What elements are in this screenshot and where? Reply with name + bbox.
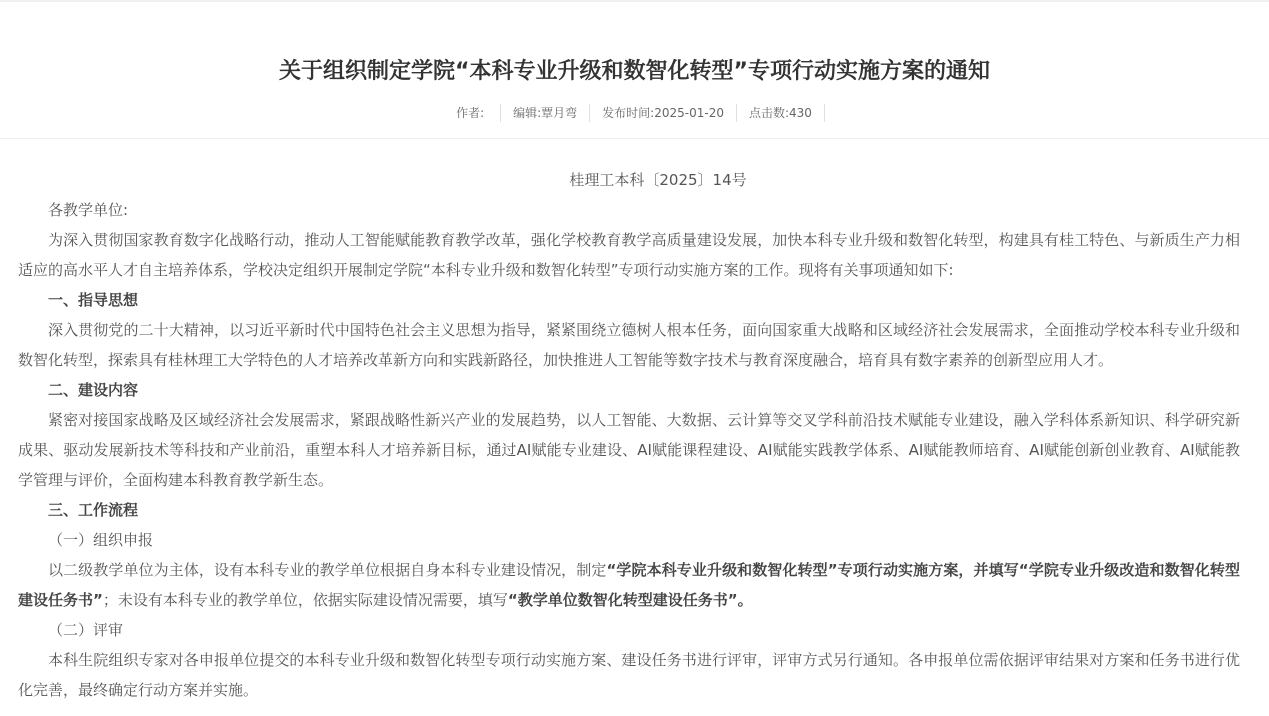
meta-publish-date: 发布时间:2025-01-20 bbox=[590, 104, 737, 122]
section-heading-workflow: 三、工作流程 bbox=[18, 495, 1240, 525]
article-meta: 作者: 编辑:覃月弯 发布时间:2025-01-20 点击数:430 bbox=[0, 104, 1269, 122]
subsection-heading-application: （一）组织申报 bbox=[18, 525, 1240, 555]
meta-editor: 编辑:覃月弯 bbox=[501, 104, 590, 122]
meta-author-label: 作者: bbox=[456, 106, 484, 120]
document-number: 桂理工本科〔2025〕14号 bbox=[18, 165, 1240, 195]
application-text-1: 以二级教学单位为主体，设有本科专业的教学单位根据自身本科专业建设情况，制定 bbox=[48, 561, 606, 579]
article-header: 关于组织制定学院“本科专业升级和数智化转型”专项行动实施方案的通知 作者: 编辑… bbox=[0, 2, 1269, 139]
application-bold-2: “教学单位数智化转型建设任务书”。 bbox=[508, 591, 753, 609]
application-text-2: ；未设有本科专业的教学单位，依据实际建设情况需要，填写 bbox=[103, 591, 508, 609]
section-body-construction-content: 紧密对接国家战略及区域经济社会发展需求，紧跟战略性新兴产业的发展趋势，以人工智能… bbox=[18, 405, 1240, 495]
meta-author: 作者: bbox=[444, 104, 501, 122]
meta-publish-value: 2025-01-20 bbox=[654, 106, 724, 120]
subsection-body-review: 本科生院组织专家对各申报单位提交的本科专业升级和数智化转型专项行动实施方案、建设… bbox=[18, 645, 1240, 705]
meta-editor-label: 编辑: bbox=[513, 106, 541, 120]
meta-editor-value: 覃月弯 bbox=[541, 106, 577, 120]
meta-publish-label: 发布时间: bbox=[602, 106, 654, 120]
intro-paragraph: 为深入贯彻国家教育数字化战略行动，推动人工智能赋能教育教学改革，强化学校教育教学… bbox=[18, 225, 1240, 285]
salutation: 各教学单位: bbox=[18, 195, 1240, 225]
section-heading-guiding-ideology: 一、指导思想 bbox=[18, 285, 1240, 315]
page-title: 关于组织制定学院“本科专业升级和数智化转型”专项行动实施方案的通知 bbox=[0, 58, 1269, 86]
section-body-guiding-ideology: 深入贯彻党的二十大精神，以习近平新时代中国特色社会主义思想为指导，紧紧围绕立德树… bbox=[18, 315, 1240, 375]
article-body: 桂理工本科〔2025〕14号 各教学单位: 为深入贯彻国家教育数字化战略行动，推… bbox=[18, 165, 1240, 705]
meta-clicks-value: 430 bbox=[789, 106, 812, 120]
section-heading-construction-content: 二、建设内容 bbox=[18, 375, 1240, 405]
subsection-body-application: 以二级教学单位为主体，设有本科专业的教学单位根据自身本科专业建设情况，制定“学院… bbox=[18, 555, 1240, 615]
meta-click-count: 点击数:430 bbox=[737, 104, 825, 122]
subsection-heading-review: （二）评审 bbox=[18, 615, 1240, 645]
meta-clicks-label: 点击数: bbox=[749, 106, 789, 120]
